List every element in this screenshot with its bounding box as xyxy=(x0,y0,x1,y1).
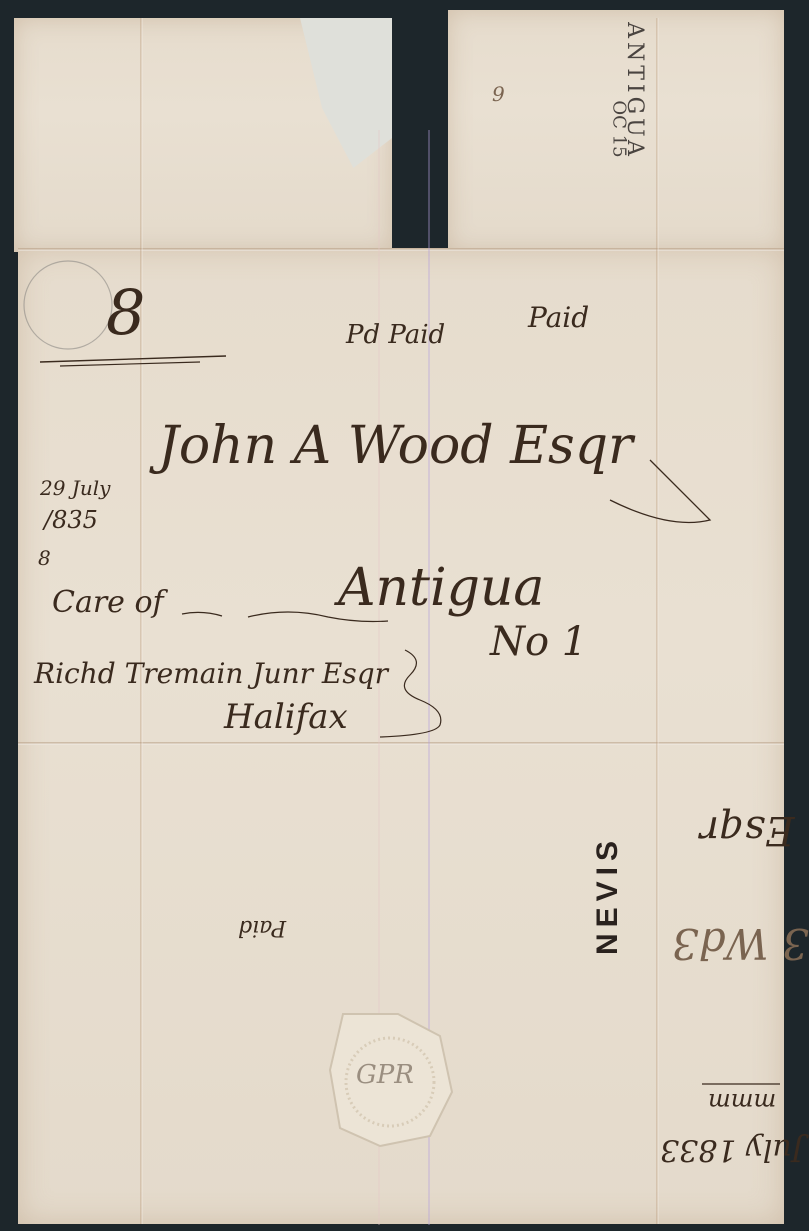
antigua-datestamp-date: OC 15 xyxy=(610,100,628,157)
paid-mark-2: Paid xyxy=(528,304,589,332)
wafer-seal-monogram: GPR xyxy=(356,1062,414,1088)
docket-line-3: 8 xyxy=(38,548,51,568)
rate-mark: 8 xyxy=(106,282,145,344)
destination: Antigua xyxy=(338,562,544,614)
top-flap-note: 9 xyxy=(492,84,505,104)
paid-mark-1: Pd Paid xyxy=(346,322,445,348)
care-of-label: Care of xyxy=(52,588,164,618)
inverted-fragment-2: mmm xyxy=(708,1090,776,1114)
inverted-esqr: Esqr xyxy=(700,810,794,850)
addressee: John A Wood Esqr xyxy=(158,420,633,472)
forwarder-name: Richd Tremain Junr Esqr xyxy=(34,660,388,688)
forwarder-city: Halifax xyxy=(224,700,348,734)
inverted-date: July 1833 xyxy=(660,1134,804,1164)
paid-mark-inverted: Paid xyxy=(238,916,286,938)
inverted-fragment: 3 Wd3 xyxy=(672,922,809,964)
nevis-handstamp: NEVIS xyxy=(591,835,625,955)
docket-line-1: 29 July xyxy=(40,478,110,498)
docket-line-2: /835 xyxy=(44,508,98,532)
route-number: No 1 xyxy=(490,622,587,662)
